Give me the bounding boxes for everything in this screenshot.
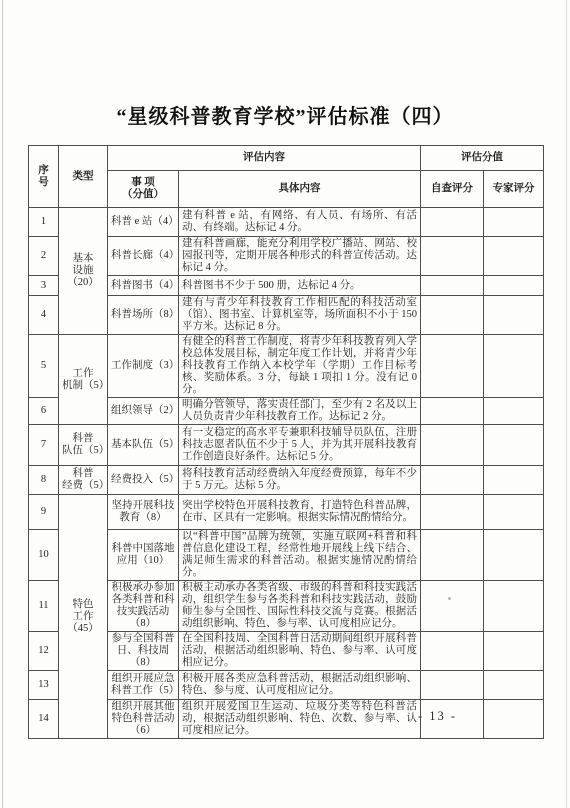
seq-cell: 4 bbox=[29, 296, 59, 335]
item-cell: 经费投入（5） bbox=[108, 466, 179, 495]
self-score-cell bbox=[421, 296, 484, 335]
seq-cell: 7 bbox=[29, 425, 59, 466]
self-score-cell bbox=[421, 276, 484, 296]
expert-score-cell bbox=[484, 276, 544, 296]
item-cell: 组织开展其他 特色科普活动 （6） bbox=[108, 700, 179, 739]
detail-cell: 组织开展爱国卫生运动、垃圾分类等特色科普活动，根据活动组织影响、特色、次数、参与… bbox=[179, 700, 421, 739]
detail-cell: 积极开展各类应急科普活动，根据活动组织影响、特色、参与度、认可度相应记分。 bbox=[179, 671, 421, 700]
self-score-cell bbox=[421, 632, 484, 671]
self-score-cell bbox=[421, 530, 484, 581]
expert-score-cell bbox=[484, 530, 544, 581]
detail-cell: 建有科普 e 站，有网络、有人员、有场所、有活动、有终端。达标记 4 分。 bbox=[179, 208, 421, 237]
evaluation-table: 序 号 类型 评估内容 评估分值 事 项 （分值） 具体内容 自查评分 专家评分… bbox=[28, 145, 544, 739]
detail-cell: 以“科普中国”品牌为统领，实施互联网+科普和科普信息化建设工程，经常性地开展线上… bbox=[179, 530, 421, 581]
item-cell: 科普图书（4） bbox=[108, 276, 179, 296]
item-cell: 科普场所（8） bbox=[108, 296, 179, 335]
self-score-cell bbox=[421, 495, 484, 530]
self-score-cell bbox=[421, 208, 484, 237]
item-cell: 科普中国落地 应用（10） bbox=[108, 530, 179, 581]
self-score-cell bbox=[421, 398, 484, 425]
table-row: 9 特色 工作 （45） 坚持开展科技 教育（8） 突出学校特色开展科技教育，打… bbox=[29, 495, 544, 530]
seq-cell: 12 bbox=[29, 632, 59, 671]
page-title: “星级科普教育学校”评估标准（四） bbox=[0, 100, 570, 129]
self-score-cell bbox=[421, 335, 484, 398]
expert-score-cell bbox=[484, 581, 544, 632]
detail-cell: 积极主动承办各类省级、市级的科普和科技实践活动，组织学生参与各类科普和科技实践活… bbox=[179, 581, 421, 632]
header-expert-score: 专家评分 bbox=[484, 171, 544, 208]
expert-score-cell bbox=[484, 335, 544, 398]
expert-score-cell bbox=[484, 495, 544, 530]
header-detail: 具体内容 bbox=[179, 171, 421, 208]
table-row: 5 工作 机制（5） 工作制度（3） 有健全的科普工作制度，将青少年科技教育列入… bbox=[29, 335, 544, 398]
category-cell: 科普 队伍（5） bbox=[59, 425, 108, 466]
document-page: “星级科普教育学校”评估标准（四） 序 号 类型 评估内容 评估分值 事 项 （… bbox=[0, 0, 570, 808]
header-type: 类型 bbox=[59, 146, 108, 208]
expert-score-cell bbox=[484, 296, 544, 335]
item-cell: 参与全国科普 日、科技周（8） bbox=[108, 632, 179, 671]
item-cell: 工作制度（3） bbox=[108, 335, 179, 398]
item-cell: 基本队伍（5） bbox=[108, 425, 179, 466]
detail-cell: 有一支稳定的高水平专兼职科技辅导员队伍，注册科技志愿者队伍不少于 5 人，并为其… bbox=[179, 425, 421, 466]
self-score-cell bbox=[421, 671, 484, 700]
expert-score-cell bbox=[484, 466, 544, 495]
item-cell: 科普 e 站（4） bbox=[108, 208, 179, 237]
seq-cell: 3 bbox=[29, 276, 59, 296]
category-cell: 工作 机制（5） bbox=[59, 335, 108, 425]
table-row: 7 科普 队伍（5） 基本队伍（5） 有一支稳定的高水平专兼职科技辅导员队伍，注… bbox=[29, 425, 544, 466]
detail-cell: 建有科普画廊，能充分利用学校广播站、网站、校园报刊等，定期开展各种形式的科普宣传… bbox=[179, 237, 421, 276]
seq-cell: 10 bbox=[29, 530, 59, 581]
self-score-cell bbox=[421, 466, 484, 495]
detail-cell: 突出学校特色开展科技教育，打造特色科普品牌，在市、区具有一定影响。根据实际情况酌… bbox=[179, 495, 421, 530]
detail-cell: 有健全的科普工作制度，将青少年科技教育列入学校总体发展目标，制定年度工作计划，并… bbox=[179, 335, 421, 398]
header-group-content: 评估内容 bbox=[108, 146, 421, 171]
category-cell: 特色 工作 （45） bbox=[59, 495, 108, 739]
header-self-score: 自查评分 bbox=[421, 171, 484, 208]
detail-cell: 在全国科技周、全国科普日活动期间组织开展科普活动，根据活动组织影响、特色、参与率… bbox=[179, 632, 421, 671]
seq-cell: 13 bbox=[29, 671, 59, 700]
seq-cell: 6 bbox=[29, 398, 59, 425]
category-cell: 科普 经费（5） bbox=[59, 466, 108, 495]
self-score-cell bbox=[421, 425, 484, 466]
detail-cell: 建有与青少年科技教育工作相匹配的科技活动室（馆）、图书室、计算机室等，场所面积不… bbox=[179, 296, 421, 335]
expert-score-cell bbox=[484, 208, 544, 237]
seq-cell: 2 bbox=[29, 237, 59, 276]
scan-noise-speck bbox=[448, 597, 451, 600]
header-item: 事 项 （分值） bbox=[108, 171, 179, 208]
seq-cell: 5 bbox=[29, 335, 59, 398]
seq-cell: 14 bbox=[29, 700, 59, 739]
table-header-row-1: 序 号 类型 评估内容 评估分值 bbox=[29, 146, 544, 171]
item-cell: 组织开展应急 科普工作（5） bbox=[108, 671, 179, 700]
expert-score-cell bbox=[484, 671, 544, 700]
detail-cell: 科普图书不少于 500 册，达标记 4 分。 bbox=[179, 276, 421, 296]
expert-score-cell bbox=[484, 700, 544, 739]
header-group-score: 评估分值 bbox=[421, 146, 544, 171]
seq-cell: 1 bbox=[29, 208, 59, 237]
item-cell: 积极承办参加 各类科普和科 技实践活动 （8） bbox=[108, 581, 179, 632]
page-number: - 13 - bbox=[418, 709, 457, 724]
detail-cell: 将科技教育活动经费纳入年度经费预算，每年不少于 5 万元。达标 5 分。 bbox=[179, 466, 421, 495]
item-cell: 坚持开展科技 教育（8） bbox=[108, 495, 179, 530]
seq-cell: 11 bbox=[29, 581, 59, 632]
header-seq: 序 号 bbox=[29, 146, 59, 208]
self-score-cell bbox=[421, 581, 484, 632]
table-row: 1 基本 设施 （20） 科普 e 站（4） 建有科普 e 站，有网络、有人员、… bbox=[29, 208, 544, 237]
table-row: 8 科普 经费（5） 经费投入（5） 将科技教育活动经费纳入年度经费预算，每年不… bbox=[29, 466, 544, 495]
item-cell: 科普长廊（4） bbox=[108, 237, 179, 276]
expert-score-cell bbox=[484, 237, 544, 276]
item-cell: 组织领导（2） bbox=[108, 398, 179, 425]
expert-score-cell bbox=[484, 632, 544, 671]
seq-cell: 9 bbox=[29, 495, 59, 530]
category-cell: 基本 设施 （20） bbox=[59, 208, 108, 335]
expert-score-cell bbox=[484, 425, 544, 466]
detail-cell: 明确分管领导，落实责任部门，至少有 2 名及以上人员负责青少年科技教育工作。达标… bbox=[179, 398, 421, 425]
expert-score-cell bbox=[484, 398, 544, 425]
seq-cell: 8 bbox=[29, 466, 59, 495]
self-score-cell bbox=[421, 237, 484, 276]
